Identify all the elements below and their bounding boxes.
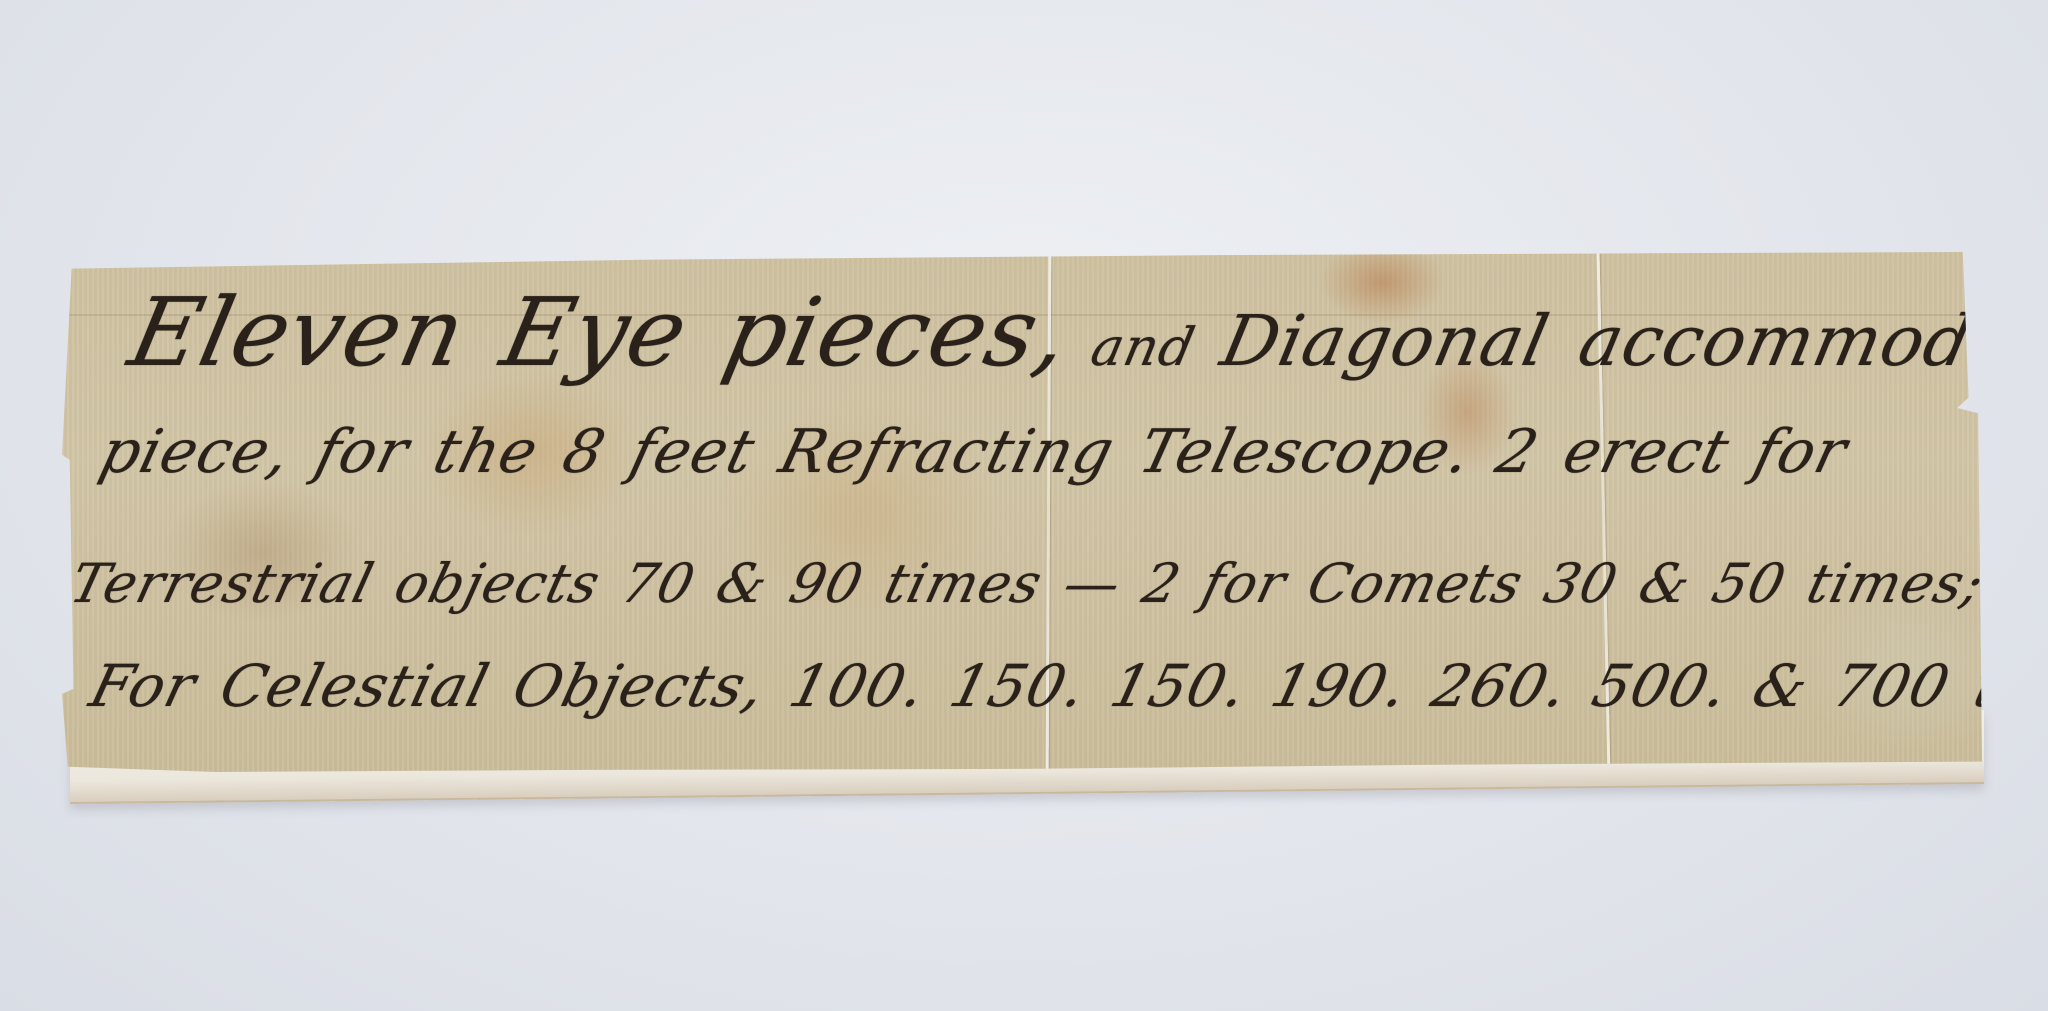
line-1-title: Eleven Eye pieces,: [120, 278, 1079, 388]
handwritten-line-4: For Celestial Objects, 100. 150. 150. 19…: [84, 652, 1991, 720]
line-3-text: Terrestrial objects 70 & 90 times — 2 fo…: [64, 552, 2048, 615]
line-4-text: For Celestial Objects, 100. 150. 150. 19…: [84, 652, 2048, 720]
handwritten-line-1: Eleven Eye pieces, and Diagonal accommod…: [120, 278, 1993, 388]
handwritten-line-3: Terrestrial objects 70 & 90 times — 2 fo…: [64, 552, 1990, 615]
handwritten-line-2: piece, for the 8 feet Refracting Telesco…: [93, 417, 1990, 487]
line-2-text: piece, for the 8 feet Refracting Telesco…: [93, 417, 1854, 487]
manuscript-paper: Eleven Eye pieces, and Diagonal accommod…: [62, 252, 1982, 772]
line-1-conjunction: and: [1058, 317, 1228, 378]
line-1-diagonal: Diagonal accommodation: [1214, 300, 2048, 382]
